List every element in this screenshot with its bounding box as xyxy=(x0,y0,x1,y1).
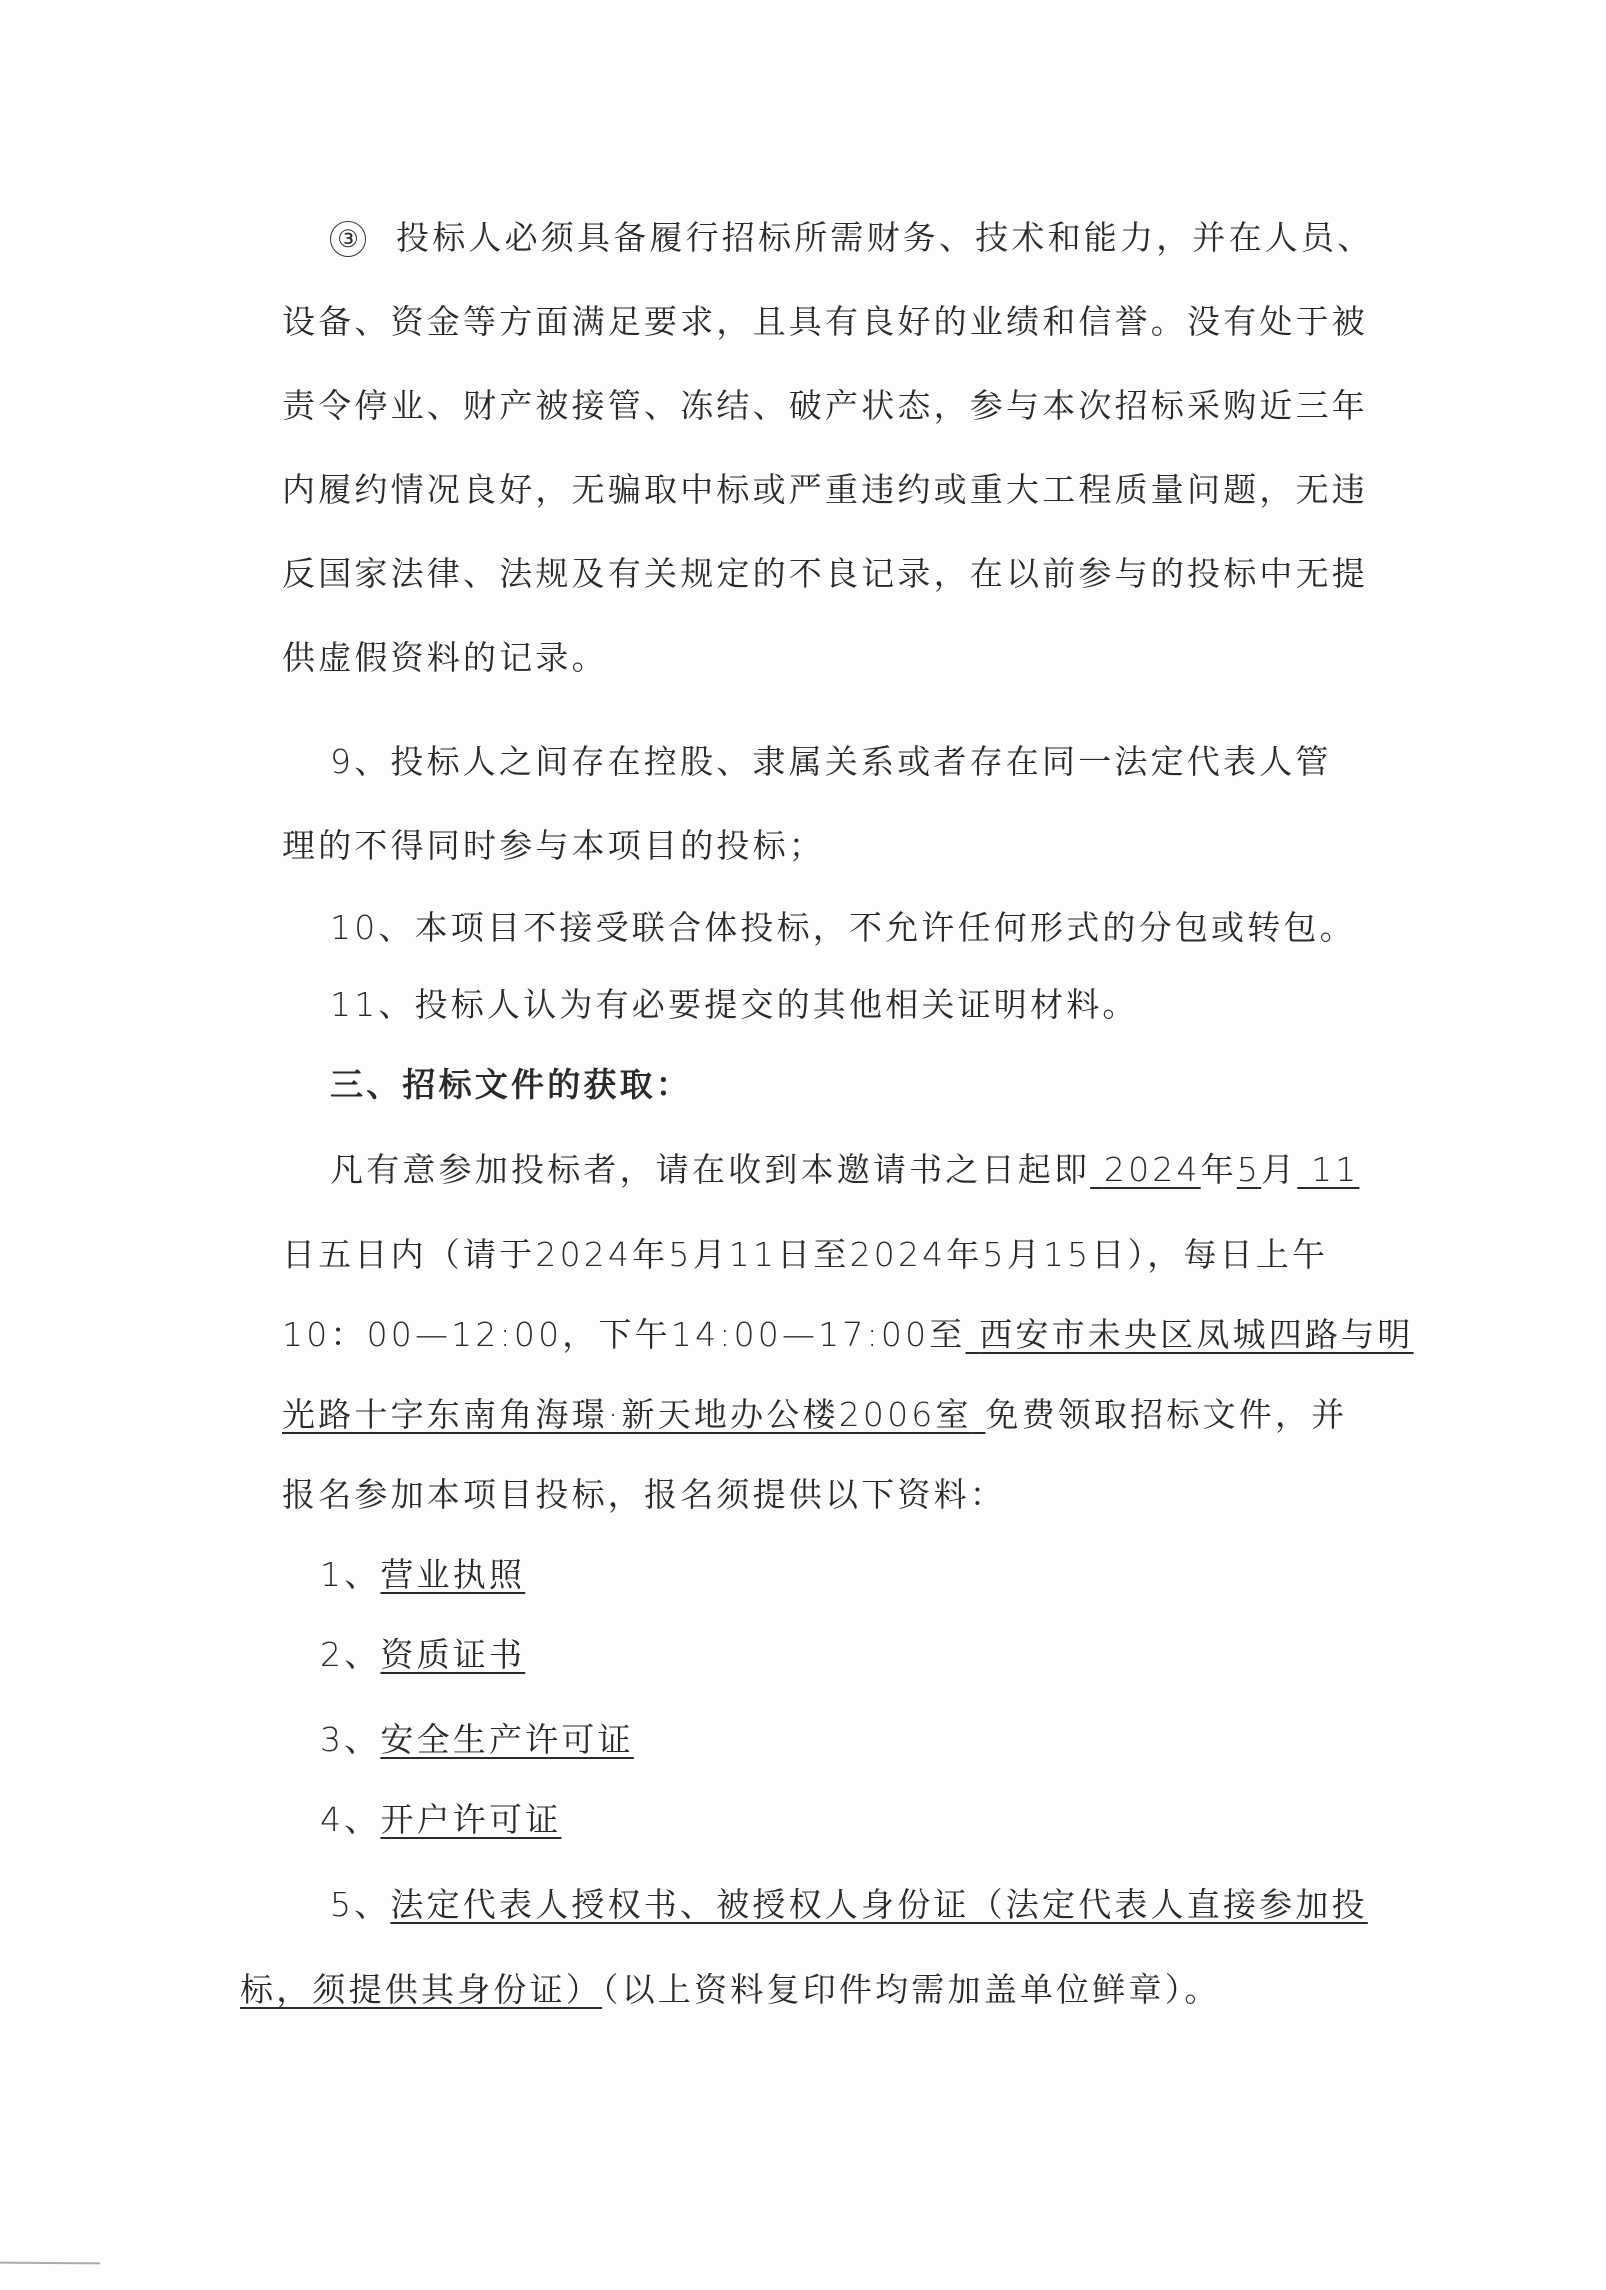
scan-edge-line xyxy=(0,2262,100,2265)
address-part-1: 西安市未央区凤城四路与明 xyxy=(965,1315,1413,1354)
item3-line-1: ③投标人必须具备履行招标所需财务、技术和能力，并在人员、 xyxy=(330,216,1420,260)
material-item-2: 2、资质证书 xyxy=(320,1633,1410,1677)
material-item-3: 3、安全生产许可证 xyxy=(320,1718,1410,1762)
item3-line-3: 责令停业、财产被接管、冻结、破产状态，参与本次招标采购近三年 xyxy=(282,384,1372,428)
acquisition-line-1: 凡有意参加投标者，请在收到本邀请书之日起即 2024年5月 11 xyxy=(330,1148,1420,1192)
address-part-2: 光路十字东南角海璟·新天地办公楼2006室 xyxy=(282,1395,985,1434)
section-heading: 三、招标文件的获取： xyxy=(330,1063,1420,1107)
acquisition-line-5: 报名参加本项目投标，报名须提供以下资料： xyxy=(282,1473,1372,1517)
clause9-line-2: 理的不得同时参与本项目的投标； xyxy=(282,824,1372,868)
material-item-1: 1、营业执照 xyxy=(320,1553,1410,1597)
clause10: 10、本项目不接受联合体投标，不允许任何形式的分包或转包。 xyxy=(330,906,1420,950)
material-item-5-line-1: 5、法定代表人授权书、被授权人身份证（法定代表人直接参加投 xyxy=(330,1883,1420,1927)
acquisition-line-4: 光路十字东南角海璟·新天地办公楼2006室 免费领取招标文件，并 xyxy=(282,1393,1372,1437)
acquisition-line-3: 10：00—12:00，下午14:00—17:00至 西安市未央区凤城四路与明 xyxy=(282,1313,1372,1357)
item3-line-2: 设备、资金等方面满足要求，且具有良好的业绩和信誉。没有处于被 xyxy=(282,300,1372,344)
circled-number-marker: ③ xyxy=(330,221,366,257)
start-year: 2024 xyxy=(1090,1150,1201,1189)
start-month: 5 xyxy=(1237,1150,1261,1189)
item3-line-5: 反国家法律、法规及有关规定的不良记录，在以前参与的投标中无提 xyxy=(282,552,1372,596)
start-day: 11 xyxy=(1297,1150,1359,1189)
acquisition-line-2: 日五日内（请于2024年5月11日至2024年5月15日），每日上午 xyxy=(282,1233,1372,1277)
document-page: ③投标人必须具备履行招标所需财务、技术和能力，并在人员、 设备、资金等方面满足要… xyxy=(0,0,1606,2290)
material-item-4: 4、开户许可证 xyxy=(320,1798,1410,1842)
material-item-5-line-2: 标，须提供其身份证）（以上资料复印件均需加盖单位鲜章）。 xyxy=(240,1968,1330,2012)
clause11: 11、投标人认为有必要提交的其他相关证明材料。 xyxy=(330,983,1420,1027)
item3-line-6: 供虚假资料的记录。 xyxy=(282,636,1372,680)
clause9-line-1: 9、投标人之间存在控股、隶属关系或者存在同一法定代表人管 xyxy=(330,740,1420,784)
item3-line-4: 内履约情况良好，无骗取中标或严重违约或重大工程质量问题，无违 xyxy=(282,468,1372,512)
